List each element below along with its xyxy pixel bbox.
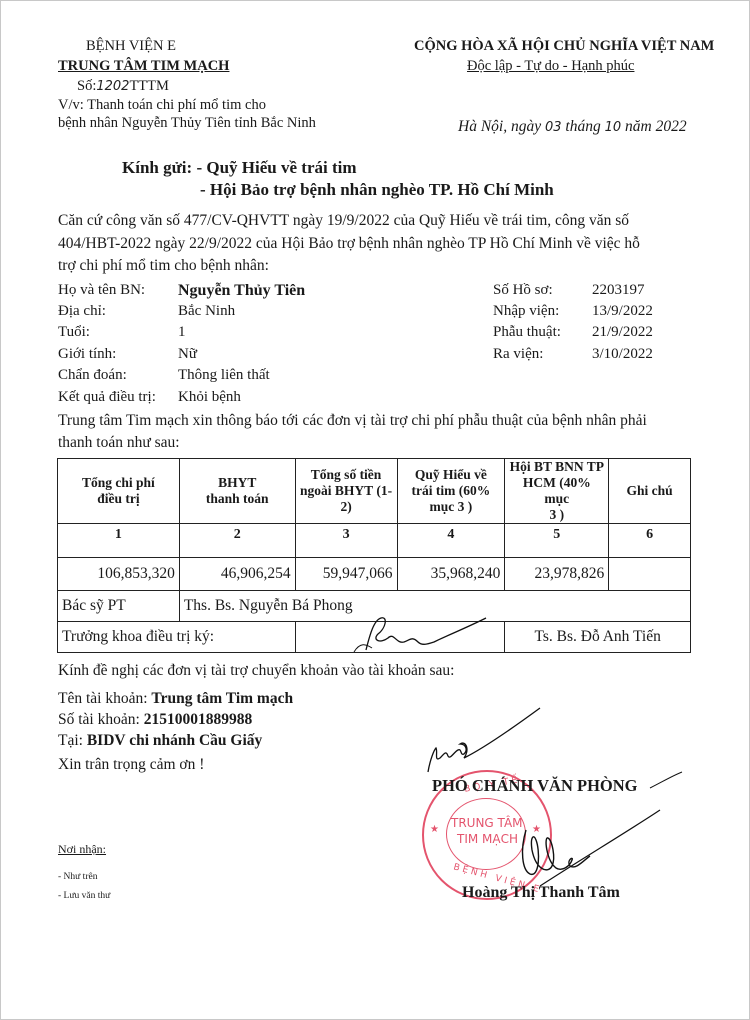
header-text-line: 2)	[300, 499, 393, 515]
header-text-line: mục 3 )	[402, 499, 501, 515]
header-text-line: Hội BT BNN TP	[509, 459, 604, 475]
record-field-value: 21/9/2022	[592, 324, 653, 341]
patient-field-value: Khỏi bệnh	[178, 389, 241, 406]
patient-field-label: Địa chỉ:	[58, 303, 106, 320]
head-signature-cell	[295, 622, 505, 653]
handwritten-month: 10	[605, 120, 622, 135]
table-header-cell: Hội BT BNN TPHCM (40% mục3 )	[505, 459, 609, 524]
bank-name: BIDV chi nhánh Cầu Giấy	[87, 732, 262, 749]
document-number: Số:1202TTTM	[77, 78, 169, 95]
year-label: năm 2022	[625, 118, 687, 135]
table-value-cell: 35,968,240	[397, 558, 505, 591]
subject-line-1: V/v: Thanh toán chi phí mổ tim cho	[58, 97, 266, 114]
head-label: Trưởng khoa điều trị ký:	[58, 622, 296, 653]
cost-table: Tổng chi phíđiều trịBHYTthanh toánTổng s…	[57, 458, 691, 653]
recipients: Kính gửi: - Quỹ Hiếu về trái tim	[122, 158, 357, 178]
header-text-line: trái tim (60%	[402, 483, 501, 499]
surgeon-label: Bác sỹ PT	[58, 591, 180, 622]
number-label: Số:	[77, 78, 96, 94]
table-value-cell: 23,978,826	[505, 558, 609, 591]
record-field-label: Phẫu thuật:	[493, 324, 561, 341]
table-value-cell: 59,947,066	[295, 558, 397, 591]
thanks-text: Xin trân trọng cảm ơn !	[58, 756, 204, 774]
patient-field-value: Nguyễn Thủy Tiên	[178, 282, 305, 300]
nation-title: CỘNG HÒA XÃ HỘI CHỦ NGHĨA VIỆT NAM	[414, 38, 714, 55]
initials-signature-icon	[420, 700, 550, 780]
cc-label: Nơi nhận:	[58, 842, 106, 857]
date-line: Hà Nội, ngày 03 tháng 10 năm 2022	[458, 118, 687, 136]
patient-field-label: Họ và tên BN:	[58, 282, 145, 299]
main-signature-icon	[500, 770, 700, 900]
hospital-name: BỆNH VIỆN E	[86, 38, 176, 55]
table-header-cell: Tổng số tiềnngoài BHYT (1-2)	[295, 459, 397, 524]
table-index-row: 123456	[58, 524, 691, 558]
table-index-cell: 1	[58, 524, 180, 558]
recipient-2: - Hội Bảo trợ bệnh nhân nghèo TP. Hồ Chí…	[200, 180, 554, 200]
table-value-cell	[609, 558, 691, 591]
subject-line-2: bệnh nhân Nguyễn Thủy Tiên tỉnh Bắc Ninh	[58, 115, 316, 132]
account-number-label: Số tài khoản:	[58, 711, 140, 728]
department-name: TRUNG TÂM TIM MẠCH	[58, 58, 229, 75]
stamp-star-left-icon: ★	[430, 824, 439, 835]
header-text-line: ngoài BHYT (1-	[300, 483, 393, 499]
national-motto: Độc lập - Tự do - Hạnh phúc	[467, 58, 634, 75]
header-text-line: Tổng số tiền	[300, 467, 393, 483]
patient-field-value: Bắc Ninh	[178, 303, 235, 320]
account-number-line: Số tài khoản: 21510001889988	[58, 711, 252, 729]
patient-field-value: Nữ	[178, 346, 197, 363]
header-text-line: điều trị	[62, 491, 175, 507]
date-prefix: Hà Nội, ngày	[458, 118, 541, 135]
month-label: tháng	[565, 118, 600, 135]
header-text-line: Ghi chú	[613, 483, 686, 499]
patient-field-label: Giới tính:	[58, 346, 116, 363]
header-text-line: HCM (40% mục	[509, 475, 604, 507]
intro-line-2: 404/HBT-2022 ngày 22/9/2022 của Hội Bảo …	[58, 235, 640, 253]
table-header-cell: Ghi chú	[609, 459, 691, 524]
table-index-cell: 6	[609, 524, 691, 558]
handwritten-number: 1202	[96, 79, 129, 94]
record-field-value: 2203197	[592, 282, 645, 299]
bank-line: Tại: BIDV chi nhánh Cầu Giấy	[58, 732, 262, 750]
table-index-cell: 5	[505, 524, 609, 558]
table-value-cell: 106,853,320	[58, 558, 180, 591]
intro-line-3: trợ chi phí mổ tim cho bệnh nhân:	[58, 257, 269, 275]
bank-request: Kính đề nghị các đơn vị tài trợ chuyển k…	[58, 662, 454, 680]
table-index-cell: 3	[295, 524, 397, 558]
record-field-label: Số Hồ sơ:	[493, 282, 553, 299]
head-signature-icon	[336, 614, 546, 654]
table-value-cell: 46,906,254	[179, 558, 295, 591]
header-text-line: thanh toán	[184, 491, 291, 507]
notice-line-2: thanh toán như sau:	[58, 434, 180, 452]
account-name-label: Tên tài khoản:	[58, 690, 148, 707]
table-header-cell: BHYTthanh toán	[179, 459, 295, 524]
patient-field-label: Kết quả điều trị:	[58, 389, 156, 406]
table-header-row: Tổng chi phíđiều trịBHYTthanh toánTổng s…	[58, 459, 691, 524]
header-text-line: Quỹ Hiểu về	[402, 467, 501, 483]
patient-field-label: Tuổi:	[58, 324, 90, 341]
handwritten-day: 03	[545, 120, 562, 135]
record-field-value: 13/9/2022	[592, 303, 653, 320]
patient-field-value: 1	[178, 324, 186, 341]
head-of-dept-row: Trưởng khoa điều trị ký: Ts. Bs. Đỗ Anh …	[58, 622, 691, 653]
patient-field-value: Thông liên thất	[178, 367, 270, 384]
cc-item-1: - Như trên	[58, 872, 97, 882]
patient-field-label: Chẩn đoán:	[58, 367, 127, 384]
header-text-line: Tổng chi phí	[62, 475, 175, 491]
table-value-row: 106,853,32046,906,25459,947,06635,968,24…	[58, 558, 691, 591]
table-index-cell: 2	[179, 524, 295, 558]
number-suffix: TTTM	[129, 78, 168, 94]
table-header-cell: Quỹ Hiểu vềtrái tim (60%mục 3 )	[397, 459, 505, 524]
recipient-1: - Quỹ Hiếu về trái tim	[196, 158, 356, 177]
account-name: Trung tâm Tim mạch	[151, 690, 293, 707]
table-header-cell: Tổng chi phíđiều trị	[58, 459, 180, 524]
intro-line-1: Căn cứ công văn số 477/CV-QHVTT ngày 19/…	[58, 212, 629, 230]
bank-label: Tại:	[58, 732, 83, 749]
header-text-line: BHYT	[184, 475, 291, 491]
account-name-line: Tên tài khoản: Trung tâm Tim mạch	[58, 690, 293, 708]
table-index-cell: 4	[397, 524, 505, 558]
header-text-line: 3 )	[509, 507, 604, 523]
notice-line-1: Trung tâm Tim mạch xin thông báo tới các…	[58, 412, 647, 430]
signer-name: Hoàng Thị Thanh Tâm	[462, 884, 620, 902]
cc-item-2: - Lưu văn thư	[58, 891, 110, 901]
record-field-label: Ra viện:	[493, 346, 543, 363]
record-field-label: Nhập viện:	[493, 303, 559, 320]
record-field-value: 3/10/2022	[592, 346, 653, 363]
account-number: 21510001889988	[144, 711, 253, 728]
recipient-label: Kính gửi:	[122, 158, 192, 177]
